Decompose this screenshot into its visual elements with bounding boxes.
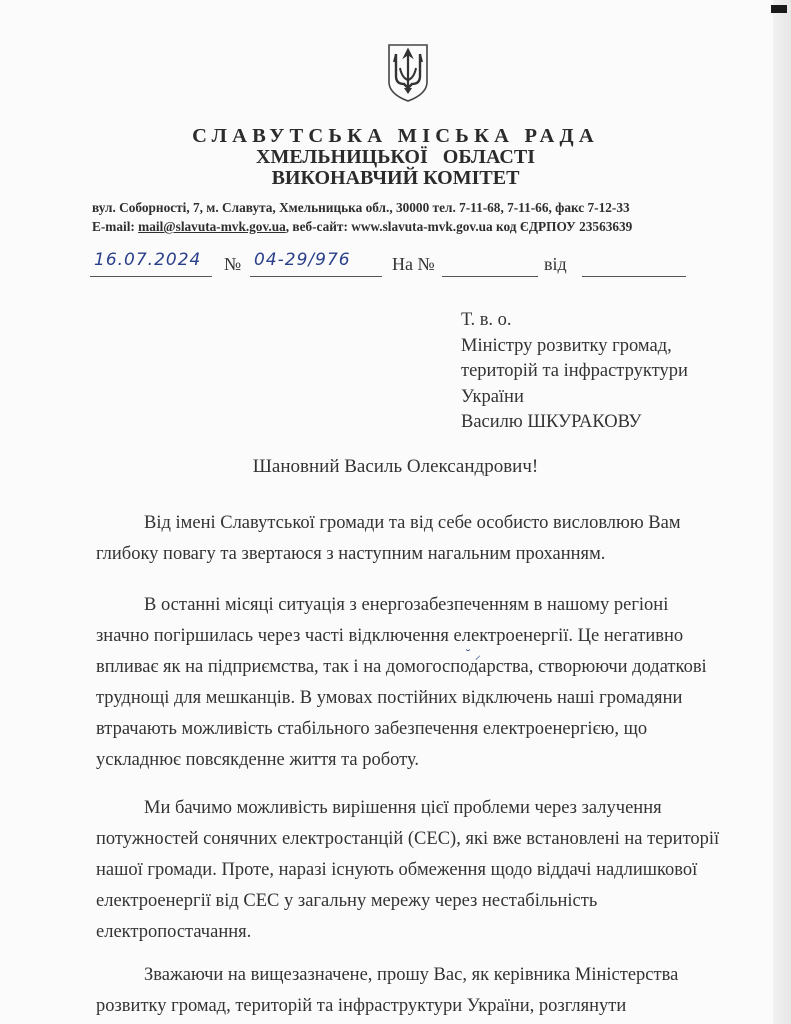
letter-page: СЛАВУТСЬКА МІСЬКА РАДА ХМЕЛЬНИЦЬКОЇ ОБЛА… — [0, 0, 791, 1024]
addressee-block: Т. в. о. Міністру розвитку громад, терит… — [461, 308, 688, 436]
text-line: Від імені Славутської громади та від себ… — [96, 508, 736, 539]
reply-date-field — [582, 250, 686, 277]
number-label: № — [224, 254, 241, 275]
address-line: вул. Соборності, 7, м. Славута, Хмельниц… — [92, 200, 630, 216]
outgoing-date: 16.07.2024 — [90, 250, 212, 277]
text-line: електропостачання. — [96, 917, 736, 948]
text-line: труднощі для мешканців. В умовах постійн… — [96, 683, 736, 714]
text-line: впливає як на підприємства, так і на дом… — [96, 652, 736, 683]
council-name: СЛАВУТСЬКА МІСЬКА РАДА — [0, 125, 791, 148]
text-line: нашої громади. Проте, наразі існують обм… — [96, 855, 736, 886]
text-line: електроенергії від СЕС у загальну мережу… — [96, 886, 736, 917]
addressee-line: Міністру розвитку громад, — [461, 334, 688, 360]
reply-date-label: від — [544, 254, 567, 275]
paragraph-1: Від імені Славутської громади та від себ… — [96, 508, 736, 570]
text-line: втрачають можливість стабільного забезпе… — [96, 714, 736, 745]
website-and-code: , веб-сайт: www.slavuta-mvk.gov.ua код Є… — [286, 219, 633, 234]
paragraph-2: В останні місяці ситуація з енергозабезп… — [96, 590, 736, 776]
salutation: Шановний Василь Олександрович! — [0, 456, 791, 478]
paragraph-3: Ми бачимо можливість вирішення цієї проб… — [96, 793, 736, 948]
oblast-name: ХМЕЛЬНИЦЬКОЇ ОБЛАСТІ — [0, 146, 791, 169]
addressee-line: України — [461, 385, 688, 411]
outgoing-number: 04-29/976 — [250, 250, 382, 277]
registration-line: 16.07.2024 № 04-29/976 На № від — [90, 250, 710, 280]
pen-mark: ˘ ⸝ — [465, 646, 481, 663]
addressee-line: територій та інфраструктури — [461, 359, 688, 385]
executive-committee: ВИКОНАВЧИЙ КОМІТЕТ — [0, 167, 791, 190]
addressee-name: Василю ШКУРАКОВУ — [461, 410, 688, 436]
text-line: ускладнює повсякденне життя та роботу. — [96, 745, 736, 776]
trident-coat-of-arms-icon — [386, 42, 430, 104]
text-line: Зважаючи на вищезазначене, прошу Вас, як… — [96, 960, 736, 991]
contacts-line: E-mail: mail@slavuta-mvk.gov.ua, веб-сай… — [92, 219, 632, 235]
email-label: E-mail: — [92, 219, 138, 234]
text-line: потужностей сонячних електростанцій (СЕС… — [96, 824, 736, 855]
text-line: розвитку громад, територій та інфраструк… — [96, 991, 736, 1022]
text-line: глибоку повагу та звертаюся з наступним … — [96, 539, 736, 570]
email-link[interactable]: mail@slavuta-mvk.gov.ua — [138, 219, 286, 234]
reply-number-label: На № — [392, 254, 435, 275]
reply-number-field — [442, 250, 538, 277]
paragraph-4: Зважаючи на вищезазначене, прошу Вас, як… — [96, 960, 736, 1022]
text-line: В останні місяці ситуація з енергозабезп… — [96, 590, 736, 621]
text-line: Ми бачимо можливість вирішення цієї проб… — [96, 793, 736, 824]
addressee-line: Т. в. о. — [461, 308, 688, 334]
text-line: значно погіршилась через часті відключен… — [96, 621, 736, 652]
